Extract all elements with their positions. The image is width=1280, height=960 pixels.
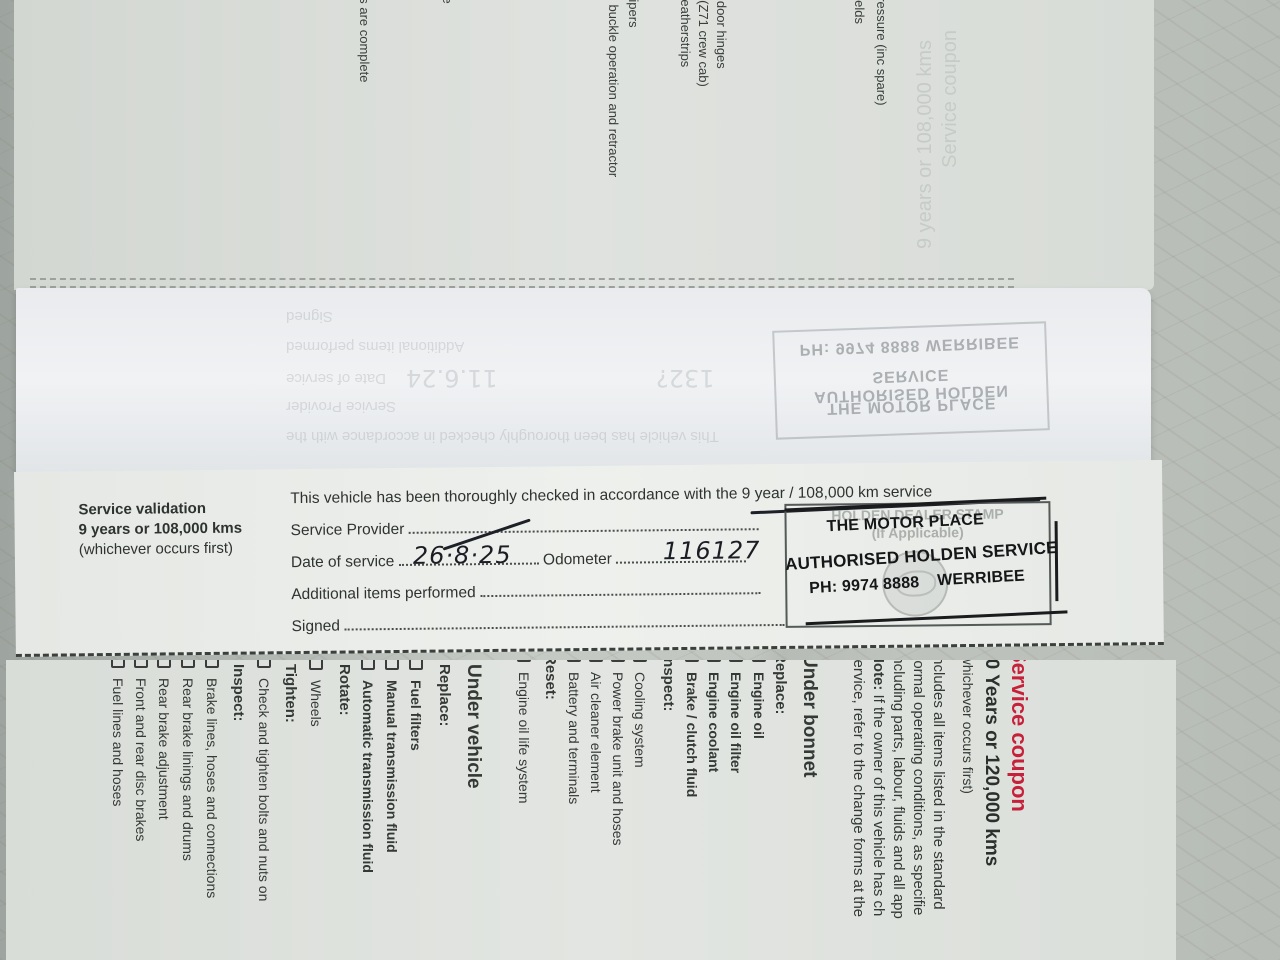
checklist-line: ce [440,0,455,4]
checklist-line: pressure (inc spare) [874,0,889,106]
checklist-item: Battery and terminals [566,660,582,804]
bleed-through-text: 9 years or 108,000 kms [914,40,937,249]
ghost-signed: Signed [286,308,333,325]
signed-label: Signed [292,618,340,636]
service-validation-section: Service validation 9 years or 108,000 km… [14,460,1164,657]
checklist-item: Fuel lines and hoses [110,660,126,806]
checkbox[interactable] [205,660,219,668]
coupon-description: including parts, labour, fluids and all … [890,660,907,919]
perforation-line [30,278,1014,280]
checkbox[interactable] [611,660,625,662]
checkbox[interactable] [567,660,581,662]
checkbox[interactable] [309,660,323,670]
additional-items-field[interactable] [480,592,760,597]
checkbox[interactable] [257,660,271,668]
checklist-line: wipers [626,0,641,28]
checklist-line: hields [852,0,867,24]
group-label-inspect: Inspect: [660,660,677,712]
checklist-line: weatherstrips [678,0,693,67]
checklist-line: n, buckle operation and retractor [606,0,621,177]
mirrored-dealer-stamp: PH: 9974 8888 WERRIBEE AUTHORISED HOLDEN… [772,321,1050,439]
checklist-item: Brake / clutch fluid [684,660,700,797]
folded-flap: This vehicle has been thoroughly checked… [16,288,1151,473]
checklist-item: Wheels [308,660,324,727]
coupon-description: Includes all items listed in the standar… [930,660,947,910]
checkbox[interactable] [111,660,125,668]
service-provider-field[interactable] [409,528,759,534]
validation-heading-block: Service validation 9 years or 108,000 km… [78,499,279,558]
bleed-through-text: Service coupon [939,30,962,168]
ghost-date: Date of service [286,370,386,387]
group-label-rotate: Rotate: [336,664,353,716]
checklist-item: Engine coolant [706,660,722,772]
checklist-line: ns are complete [357,0,372,83]
service-provider-label: Service Provider [291,521,405,539]
validation-heading: Service validation [78,499,278,518]
checklist-line: d door hinges [714,0,729,69]
coupon-description: normal operating conditions, as specifie [910,660,927,915]
coupon-title: Service coupon [1006,660,1032,812]
group-label-replace: Replace: [436,664,453,727]
checkbox[interactable] [385,660,399,670]
handwritten-date: 26·8·25 [413,541,512,570]
checkbox[interactable] [707,660,721,662]
checkbox[interactable] [157,660,171,668]
group-label-inspect: Inspect: [230,664,247,722]
group-label-replace: Replace: [772,660,789,715]
odometer-label: Odometer [543,551,612,569]
checkbox[interactable] [517,660,531,662]
checklist-item: Automatic transmission fluid [360,660,376,873]
ghost-handwritten-date: 11.6.24 [406,364,498,392]
service-coupon-page: Service coupon 10 Years or 120,000 kms (… [6,660,1176,960]
checklist-item: Air cleaner element [588,660,604,793]
checklist-item: Engine oil [751,660,767,739]
ghost-statement: This vehicle has been thoroughly checked… [286,428,719,445]
handwritten-odometer: 116127 [663,536,761,565]
ghost-additional: Additional items performed [286,338,464,355]
note-text: If the owner of this vehicle has ch [870,695,887,917]
stamp-ink-border [1055,521,1059,601]
date-of-service-label: Date of service [291,553,395,571]
validation-interval: 9 years or 108,000 kms [79,519,279,538]
previous-page: Service coupon 9 years or 108,000 kms pr… [14,0,1154,290]
checklist-item: Front and rear disc brakes [133,660,149,841]
checkbox[interactable] [752,660,766,662]
coupon-interval: 10 Years or 120,000 kms [980,660,1002,866]
group-label-tighten: Tighten: [282,664,299,723]
section-title-under-vehicle: Under vehicle [462,664,484,789]
checkbox[interactable] [134,660,148,668]
checkbox[interactable] [409,660,423,670]
checkbox[interactable] [589,660,603,662]
coupon-note-line: Note: If the owner of this vehicle has c… [870,660,887,916]
checkbox[interactable] [361,660,375,670]
checkbox[interactable] [685,660,699,662]
checkbox[interactable] [181,660,195,668]
checklist-item: Check and tighten bolts and nuts on [256,660,272,901]
checklist-item: Cooling system [632,660,648,768]
validation-note: (whichever occurs first) [79,539,279,558]
checklist-item: Rear brake linings and drums [180,660,196,861]
checklist-item: Engine oil life system [516,660,532,804]
section-title-under-bonnet: Under bonnet [798,660,820,778]
checklist-line: s (Z71 crew cab) [696,0,711,87]
note-label: Note: [870,660,887,690]
group-label-reset: Reset: [542,660,559,700]
checklist-item: Power brake unit and hoses [610,660,626,846]
checklist-item: Fuel filters [408,660,424,751]
checklist-item: Rear brake adjustment [156,660,172,820]
checklist-item: Brake lines, hoses and connections [204,660,220,898]
checkbox[interactable] [729,660,743,662]
coupon-note: (whichever occurs first) [960,660,976,794]
signature-field[interactable] [344,624,784,631]
ghost-provider: Service Provider [286,398,396,415]
coupon-note-line: service, refer to the change forms at th… [850,660,867,917]
additional-items-label: Additional items performed [291,584,476,603]
checklist-item: Manual transmission fluid [384,660,400,853]
checkbox[interactable] [633,660,647,662]
ghost-handwritten-odometer: 132? [656,364,715,392]
checklist-item: Engine oil filter [728,660,744,773]
